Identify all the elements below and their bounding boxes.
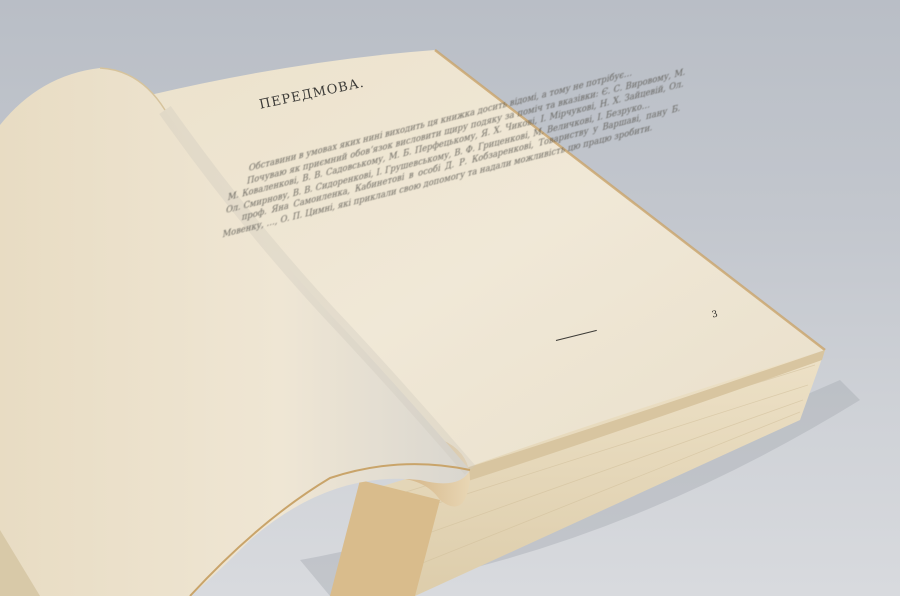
- open-book-illustration: [0, 0, 900, 596]
- photo-scene: ПЕРЕДМОВА. Обставини в умовах яких нині …: [0, 0, 900, 596]
